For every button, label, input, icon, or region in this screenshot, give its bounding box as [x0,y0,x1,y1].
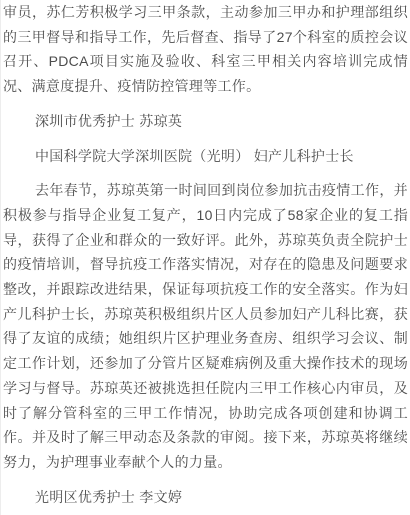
subheading-shenzhen-excellent-nurse: 深圳市优秀护士 苏琼英 [3,109,408,134]
subheading-guangming-excellent-nurse: 光明区优秀护士 李文婷 [3,485,408,510]
paragraph-continuation-su-renfang: 审员，苏仁芳积极学习三甲条款，主动参加三甲办和护理部组织的三甲督导和指导工作，先… [3,0,408,99]
paragraph-su-qiongying-deeds: 去年春节，苏琼英第一时间回到岗位参加抗击疫情工作，并积极参与指导企业复工复产，1… [3,178,408,474]
subheading-hospital-position: 中国科学院大学深圳医院（光明） 妇产儿科护士长 [3,144,408,169]
article-body: 审员，苏仁芳积极学习三甲条款，主动参加三甲办和护理部组织的三甲督导和指导工作，先… [0,0,410,515]
page: { "style": { "background_color": "#fffff… [0,0,410,515]
